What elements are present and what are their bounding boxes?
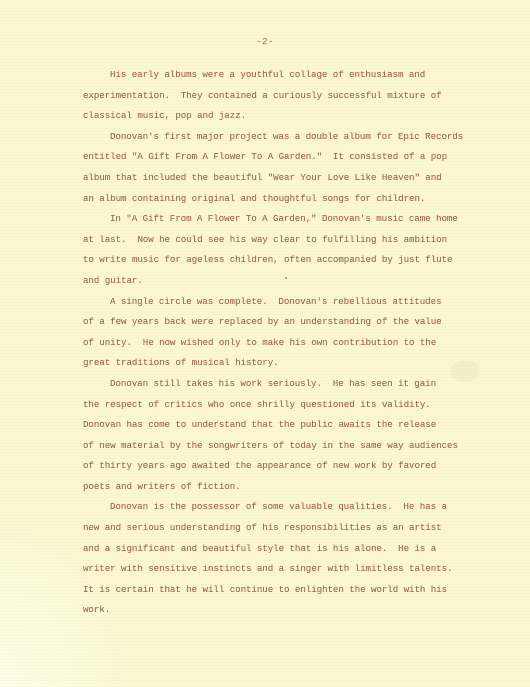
text-line: It is certain that he will continue to e… bbox=[83, 580, 463, 601]
text-line: of thirty years ago awaited the appearan… bbox=[83, 456, 463, 477]
text-line: classical music, pop and jazz. bbox=[83, 106, 463, 127]
text-line: entitled "A Gift From A Flower To A Gard… bbox=[83, 147, 463, 168]
text-line: album that included the beautiful "Wear … bbox=[83, 168, 463, 189]
text-line: poets and writers of fiction. bbox=[83, 477, 463, 498]
paragraph-1: His early albums were a youthful collage… bbox=[83, 65, 463, 127]
paragraph-4: A single circle was complete. Donovan's … bbox=[83, 292, 463, 374]
text-line: A single circle was complete. Donovan's … bbox=[83, 292, 463, 313]
text-line: writer with sensitive instincts and a si… bbox=[83, 559, 463, 580]
text-line: the respect of critics who once shrilly … bbox=[83, 395, 463, 416]
text-line: of a few years back were replaced by an … bbox=[83, 312, 463, 333]
text-line: to write music for ageless children, oft… bbox=[83, 250, 463, 271]
text-line: new and serious understanding of his res… bbox=[83, 518, 463, 539]
text-line: Donovan still takes his work seriously. … bbox=[83, 374, 463, 395]
text-line: of unity. He now wished only to make his… bbox=[83, 333, 463, 354]
text-line: In "A Gift From A Flower To A Garden," D… bbox=[83, 209, 463, 230]
text-line: an album containing original and thought… bbox=[83, 189, 463, 210]
text-line: work. bbox=[83, 600, 463, 621]
text-line: experimentation. They contained a curiou… bbox=[83, 86, 463, 107]
ink-speck bbox=[285, 277, 287, 279]
text-line: great traditions of musical history. bbox=[83, 353, 463, 374]
text-line: Donovan has come to understand that the … bbox=[83, 415, 463, 436]
paragraph-6: Donovan is the possessor of some valuabl… bbox=[83, 497, 463, 621]
typewritten-page: -2- His early albums were a youthful col… bbox=[0, 0, 530, 687]
text-line: His early albums were a youthful collage… bbox=[83, 65, 463, 86]
page-number: -2- bbox=[0, 36, 530, 47]
paragraph-2: Donovan's first major project was a doub… bbox=[83, 127, 463, 209]
paragraph-5: Donovan still takes his work seriously. … bbox=[83, 374, 463, 498]
text-line: and guitar. bbox=[83, 271, 463, 292]
text-line: Donovan's first major project was a doub… bbox=[83, 127, 463, 148]
text-line: at last. Now he could see his way clear … bbox=[83, 230, 463, 251]
text-line: Donovan is the possessor of some valuabl… bbox=[83, 497, 463, 518]
text-line: and a significant and beautiful style th… bbox=[83, 539, 463, 560]
paragraph-3: In "A Gift From A Flower To A Garden," D… bbox=[83, 209, 463, 291]
body-text: His early albums were a youthful collage… bbox=[83, 65, 463, 621]
paper-smudge bbox=[450, 360, 480, 382]
text-line: of new material by the songwriters of to… bbox=[83, 436, 463, 457]
